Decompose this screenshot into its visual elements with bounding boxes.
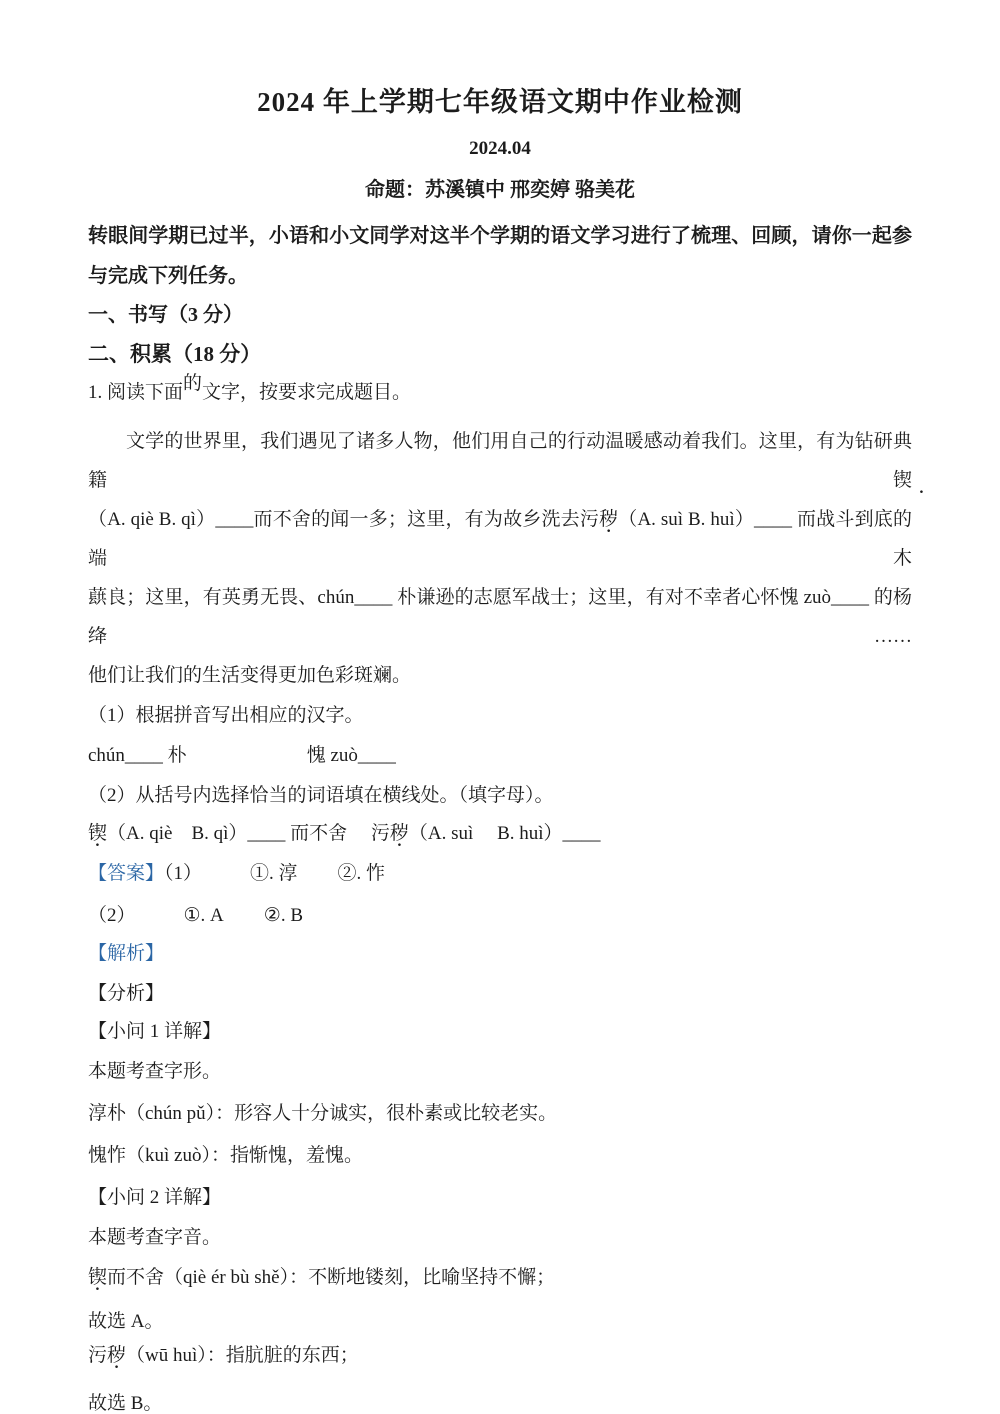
text-segment: 1. 阅读下面 bbox=[88, 382, 183, 403]
answer-part2-item1: ①. A bbox=[184, 905, 224, 926]
text-segment: （A. suì B. huì）____ bbox=[409, 823, 601, 844]
sub-question-2-label: （2）从括号内选择恰当的词语填在横线处。（填字母）。 bbox=[88, 783, 912, 809]
exam-setters-line: 命题：苏溪镇中 邢奕婷 骆美花 bbox=[88, 176, 912, 204]
detail-2-choose-a: 故选 A。 bbox=[88, 1309, 912, 1335]
text-segment: （A. qiè B. qì）____ 而不舍 污 bbox=[107, 823, 390, 844]
passage-line: 文学的世界里，我们遇见了诸多人物，他们用自己的行动温暖感动着我们。这里，有为钻研… bbox=[88, 422, 912, 500]
text-segment: （A. qiè B. qì）____而不舍的闻一多；这里，有为故乡洗去污 bbox=[88, 509, 599, 530]
emphasized-char: 秽 bbox=[390, 823, 409, 844]
choice-fill-line: 锲（A. qiè B. qì）____ 而不舍 污秽（A. suì B. huì… bbox=[88, 821, 912, 847]
detail-2-choose-b: 故选 B。 bbox=[88, 1391, 912, 1414]
detail-1-paragraph-kuizuo: 愧怍（kuì zuò）：指惭愧，羞愧。 bbox=[88, 1143, 912, 1169]
detail-1-paragraph-chunpu: 淳朴（chún pǔ）：形容人十分诚实，很朴素或比较老实。 bbox=[88, 1101, 912, 1127]
answer-label: 【答案】 bbox=[88, 863, 164, 884]
text-segment: 文字，按要求完成题目。 bbox=[202, 382, 411, 403]
section-heading-accumulation: 二、积累（18 分） bbox=[88, 340, 912, 368]
emphasized-char: 秽 bbox=[107, 1345, 126, 1366]
section-heading-writing: 一、书写（3 分） bbox=[88, 302, 912, 328]
passage-line: 他们让我们的生活变得更加色彩斑斓。 bbox=[88, 656, 912, 695]
analysis-heading: 【分析】 bbox=[88, 981, 912, 1007]
reading-passage: 文学的世界里，我们遇见了诸多人物，他们用自己的行动温暖感动着我们。这里，有为钻研… bbox=[88, 422, 912, 695]
exam-document-page: 2024 年上学期七年级语文期中作业检测 2024.04 命题：苏溪镇中 邢奕婷… bbox=[0, 0, 1000, 1414]
text-segment: 文学的世界里，我们遇见了诸多人物，他们用自己的行动温暖感动着我们。这里，有为钻研… bbox=[88, 431, 912, 491]
answer-part1-item1: ①. 淳 bbox=[250, 863, 298, 884]
text-segment: 而不舍（qiè ér bù shě）：不断地镂刻，比喻坚持不懈； bbox=[107, 1267, 555, 1288]
text-segment: 他们让我们的生活变得更加色彩斑斓。 bbox=[88, 665, 411, 686]
detail-1-heading: 【小问 1 详解】 bbox=[88, 1019, 912, 1045]
text-segment: 蕻良；这里，有英勇无畏、chún____ 朴谦逊的志愿军战士；这里，有对不幸者心… bbox=[88, 587, 912, 647]
pinyin-blank-chun: chún____ 朴 bbox=[88, 745, 187, 766]
pinyin-blanks-line: chún____ 朴愧 zuò____ bbox=[88, 743, 912, 769]
analysis-label: 【解析】 bbox=[88, 941, 912, 967]
emphasized-char: 锲 bbox=[88, 823, 107, 844]
detail-1-paragraph-focus: 本题考查字形。 bbox=[88, 1059, 912, 1085]
answer-line-1: 【答案】（1）①. 淳②. 怍 bbox=[88, 861, 912, 887]
intro-paragraph: 转眼间学期已过半，小语和小文同学对这半个学期的语文学习进行了梳理、回顾，请你一起… bbox=[88, 216, 912, 296]
raised-char: 的 bbox=[183, 373, 202, 394]
passage-line: （A. qiè B. qì）____而不舍的闻一多；这里，有为故乡洗去污秽（A.… bbox=[88, 500, 912, 578]
emphasized-char: 秽 bbox=[599, 509, 618, 530]
pinyin-blank-zuo: 愧 zuò____ bbox=[307, 745, 396, 766]
exam-date: 2024.04 bbox=[88, 136, 912, 162]
answer-part1-item2: ②. 怍 bbox=[338, 863, 386, 884]
text-segment: （wū huì）：指肮脏的东西； bbox=[126, 1345, 359, 1366]
question-1-stem: 1. 阅读下面的文字，按要求完成题目。 bbox=[88, 380, 912, 406]
answer-part1-number: （1） bbox=[164, 863, 202, 884]
detail-2-paragraph-wuhui: 污秽（wū huì）：指肮脏的东西； bbox=[88, 1343, 912, 1369]
detail-2-paragraph-qie: 锲而不舍（qiè ér bù shě）：不断地镂刻，比喻坚持不懈； bbox=[88, 1265, 912, 1291]
answer-part2-number: （2） bbox=[88, 905, 136, 926]
emphasized-char: 锲 bbox=[893, 470, 912, 491]
answer-part2-item2: ②. B bbox=[264, 905, 303, 926]
text-segment: 污 bbox=[88, 1345, 107, 1366]
emphasized-char: 锲 bbox=[88, 1267, 107, 1288]
detail-2-heading: 【小问 2 详解】 bbox=[88, 1185, 912, 1211]
page-title: 2024 年上学期七年级语文期中作业检测 bbox=[88, 84, 912, 120]
answer-line-2: （2）①. A②. B bbox=[88, 903, 912, 929]
passage-line: 蕻良；这里，有英勇无畏、chún____ 朴谦逊的志愿军战士；这里，有对不幸者心… bbox=[88, 578, 912, 656]
detail-2-paragraph-focus: 本题考查字音。 bbox=[88, 1225, 912, 1251]
sub-question-1-label: （1）根据拼音写出相应的汉字。 bbox=[88, 703, 912, 729]
